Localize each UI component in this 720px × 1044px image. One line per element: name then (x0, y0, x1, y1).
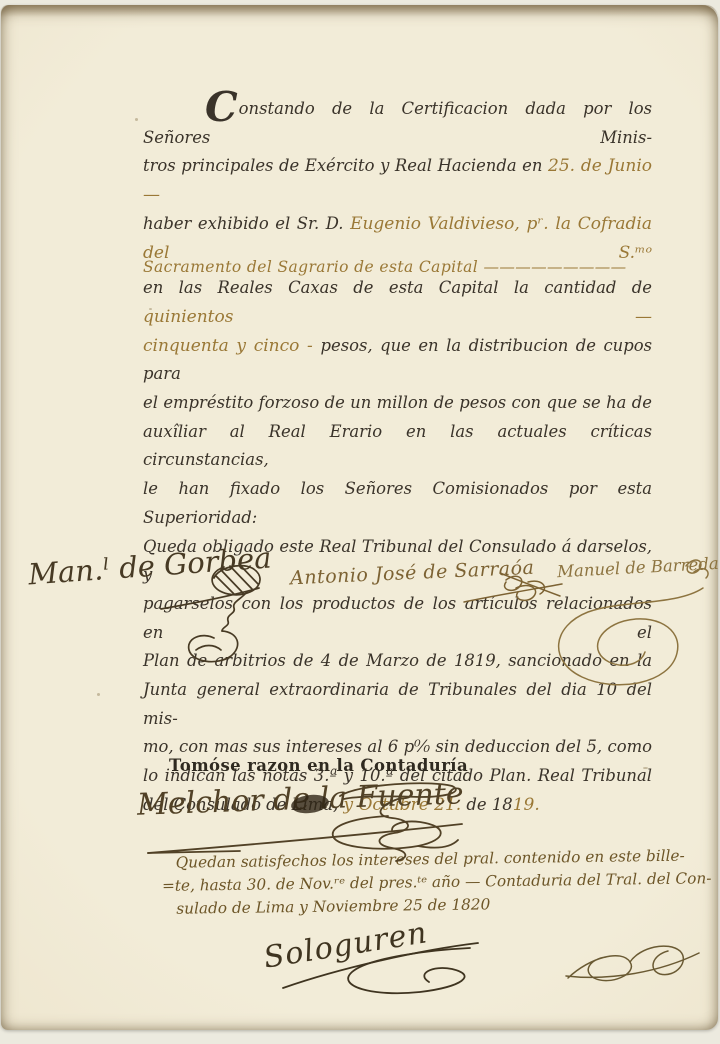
document-line: Plan de arbitrios de 4 de Marzo de 1819,… (143, 647, 652, 676)
handwritten-text: quinientos — (143, 307, 652, 327)
document-line: en las Reales Caxas de esta Capital la c… (143, 274, 652, 331)
paper-stain (97, 693, 100, 696)
document-line: Junta general extraordinaria de Tribunal… (143, 676, 652, 733)
document-scan: Constando de la Certificacion dada por l… (0, 0, 720, 1044)
printed-text: Junta general extraordinaria de Tribunal… (143, 680, 652, 728)
document-line: Constando de la Certificacion dada por l… (143, 95, 652, 152)
document-line: pagarselos con los productos de los artí… (143, 590, 652, 647)
document-line: tros principales de Exército y Real Haci… (143, 152, 652, 209)
document-line: auxîliar al Real Erario en las actuales … (143, 418, 652, 475)
printed-text: C (205, 83, 239, 131)
printed-paragraph: Constando de la Certificacion dada por l… (143, 95, 652, 820)
document-line: Sacramento del Sagrario de esta Capital … (143, 259, 652, 275)
printed-text: haber exhibido el Sr. D. (143, 214, 350, 233)
printed-text: Plan de arbitrios de 4 de Marzo de 1819,… (143, 651, 652, 670)
printed-text: le han fixado los Señores Comisionados p… (143, 479, 652, 527)
document-line: cinquenta y cinco - pesos, que en la dis… (143, 332, 652, 389)
printed-text: pagarselos con los productos de los artí… (143, 594, 652, 642)
document-line: el empréstito forzoso de un millon de pe… (143, 389, 652, 418)
printed-text: de 18 (461, 795, 512, 814)
printed-text: auxîliar al Real Erario en las actuales … (143, 422, 652, 470)
document-line: le han fixado los Señores Comisionados p… (143, 475, 652, 532)
printed-text: tros principales de Exército y Real Haci… (143, 156, 548, 175)
printed-text: en las Reales Caxas de esta Capital la c… (143, 278, 652, 297)
ink-speck (135, 118, 138, 121)
handwritten-text: 19. (513, 795, 540, 815)
printed-text: el empréstito forzoso de un millon de pe… (143, 393, 652, 412)
handwritten-note: Quedan satisfechos los intereses del pra… (176, 844, 711, 920)
printed-text: mo, con mas sus intereses al 6 p⁰⁄₀ sin … (143, 737, 652, 756)
contaduria-heading: Tomóse razon en la Contaduría (169, 756, 468, 775)
handwritten-text: cinquenta y cinco - (143, 336, 321, 356)
